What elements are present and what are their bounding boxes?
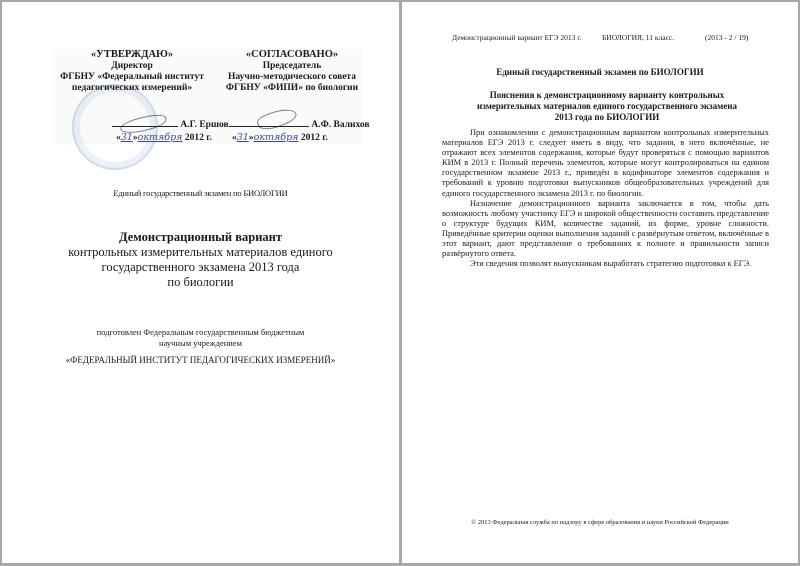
running-header-left: Демонстрационный вариант ЕГЭ 2013 г. (452, 33, 581, 42)
section-heading-line: 2013 года по БИОЛОГИИ (462, 112, 752, 123)
approve-sign-line: А.Г. Ершов (112, 120, 229, 130)
prepared-line: подготовлен Федеральным государственным … (2, 327, 399, 338)
approve-title: «УТВЕРЖДАЮ» (52, 49, 212, 60)
demo-subtitle-line: государственного экзамена 2013 года (2, 260, 399, 275)
agree-date-month: октября (254, 132, 299, 143)
explanation-page: Демонстрационный вариант ЕГЭ 2013 г. БИО… (402, 2, 798, 562)
section-heading-line: измерительных материалов единого государ… (462, 101, 752, 112)
running-header-middle: БИОЛОГИЯ, 11 класс. (602, 33, 674, 42)
demo-subtitle-line: по биологии (2, 275, 399, 290)
agree-section: «СОГЛАСОВАНО» Председатель Научно-методи… (217, 49, 367, 94)
approve-role: Директор (52, 61, 212, 72)
agree-sign-line: А.Ф. Валихов (229, 120, 370, 130)
title-page: «УТВЕРЖДАЮ» Директор ФГБНУ «Федеральный … (2, 2, 399, 562)
agree-date-year: 2012 г. (301, 133, 328, 143)
approval-block: «УТВЕРЖДАЮ» Директор ФГБНУ «Федеральный … (52, 49, 362, 144)
demo-subtitle: контрольных измерительных материалов еди… (2, 245, 399, 290)
approve-signer: А.Г. Ершов (180, 120, 228, 130)
approve-section: «УТВЕРЖДАЮ» Директор ФГБНУ «Федеральный … (52, 49, 212, 94)
agree-org-line2: ФГБНУ «ФИПИ» по биологии (217, 83, 367, 94)
agree-date: «31»октября 2012 г. (232, 132, 328, 143)
agree-signer: А.Ф. Валихов (311, 120, 369, 130)
approve-org-line2: педагогических измерений» (52, 83, 212, 94)
body-text: При ознакомлении с демонстрационным вари… (442, 128, 769, 269)
agree-org-line1: Научно-методического совета (217, 72, 367, 83)
approve-date-year: 2012 г. (185, 133, 212, 143)
agree-date-day: 31 (237, 132, 249, 143)
approve-org-line1: ФГБНУ «Федеральный институт (52, 72, 212, 83)
agree-title: «СОГЛАСОВАНО» (217, 49, 367, 60)
prepared-line: научным учреждением (2, 338, 399, 349)
agree-role: Председатель (217, 61, 367, 72)
page-title: Единый государственный экзамен по БИОЛОГ… (402, 67, 798, 77)
copyright-footer: © 2013 Федеральная служба по надзору в с… (402, 519, 798, 526)
paragraph: При ознакомлении с демонстрационным вари… (442, 128, 769, 199)
section-heading: Пояснения к демонстрационному варианту к… (462, 90, 752, 123)
page-number: (2013 - 2 / 19) (705, 33, 748, 42)
approve-date-day: 31 (121, 132, 133, 143)
section-heading-line: Пояснения к демонстрационному варианту к… (462, 90, 752, 101)
approve-date: «31»октября 2012 г. (116, 132, 212, 143)
exam-heading: Единый государственный экзамен по БИОЛОГ… (2, 188, 399, 198)
institute-name: «ФЕДЕРАЛЬНЫЙ ИНСТИТУТ ПЕДАГОГИЧЕСКИХ ИЗМ… (2, 355, 399, 365)
demo-title: Демонстрационный вариант (2, 230, 399, 245)
demo-subtitle-line: контрольных измерительных материалов еди… (2, 245, 399, 260)
paragraph: Эти сведения позволят выпускникам вырабо… (442, 259, 769, 269)
prepared-by: подготовлен Федеральным государственным … (2, 327, 399, 349)
paragraph: Назначение демонстрационного варианта за… (442, 199, 769, 260)
approve-date-month: октября (138, 132, 183, 143)
